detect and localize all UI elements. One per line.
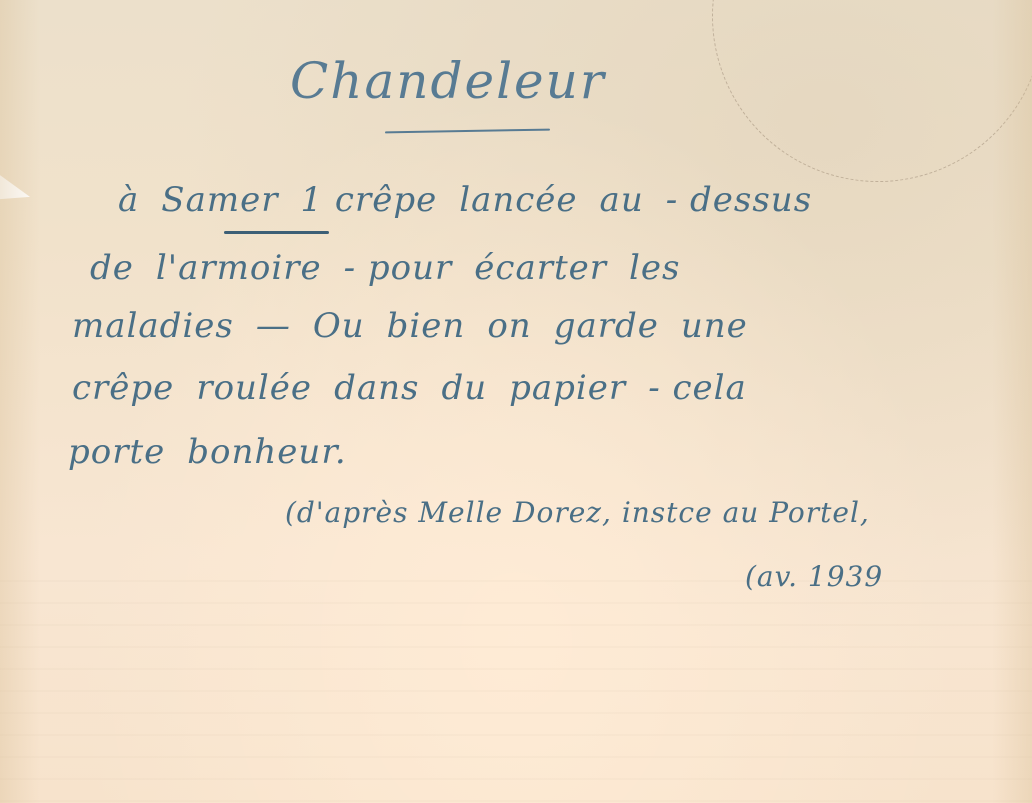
word: papier <box>509 368 626 408</box>
word: bien <box>387 306 466 346</box>
word: une <box>681 306 748 346</box>
source-attribution: (d'après Melle Dorez, instce au Portel, <box>285 496 870 529</box>
word: les <box>629 248 680 288</box>
word: on <box>487 306 531 346</box>
word: 1 crêpe <box>300 180 437 220</box>
title-underline <box>385 129 550 134</box>
word: à <box>118 180 139 220</box>
word: dans <box>334 368 419 408</box>
word: Ou <box>313 306 365 346</box>
word: lancée <box>459 180 577 220</box>
body-line-5: portebonheur. <box>68 432 369 472</box>
place-underline <box>224 231 329 234</box>
word: porte <box>68 432 165 472</box>
word: - cela <box>648 368 747 408</box>
place-name: Samer <box>161 180 278 220</box>
faint-stamp-ring <box>712 0 1032 182</box>
word: garde <box>554 306 659 346</box>
torn-edge-notch <box>0 175 30 209</box>
index-card: Chandeleur àSamer1 crêpelancéeau- dessus… <box>0 0 1032 803</box>
word: roulée <box>196 368 312 408</box>
word: au <box>600 180 644 220</box>
card-title: Chandeleur <box>290 52 606 110</box>
body-line-3: maladies—Oubienongardeune <box>72 306 770 346</box>
word: maladies <box>72 306 234 346</box>
paper-ruling <box>0 560 1032 803</box>
word: l'armoire <box>156 248 322 288</box>
word: - pour <box>344 248 453 288</box>
word: du <box>441 368 487 408</box>
word: bonheur. <box>187 432 346 472</box>
word: écarter <box>474 248 607 288</box>
word: de <box>90 248 134 288</box>
body-line-2: del'armoire- pourécarterles <box>90 248 702 288</box>
word: - dessus <box>666 180 812 220</box>
body-line-1: àSamer1 crêpelancéeau- dessus <box>118 180 834 220</box>
dash: — <box>256 306 291 346</box>
word: crêpe <box>72 368 174 408</box>
source-date: (av. 1939 <box>745 560 883 593</box>
body-line-4: crêperouléedansdupapier- cela <box>72 368 769 408</box>
